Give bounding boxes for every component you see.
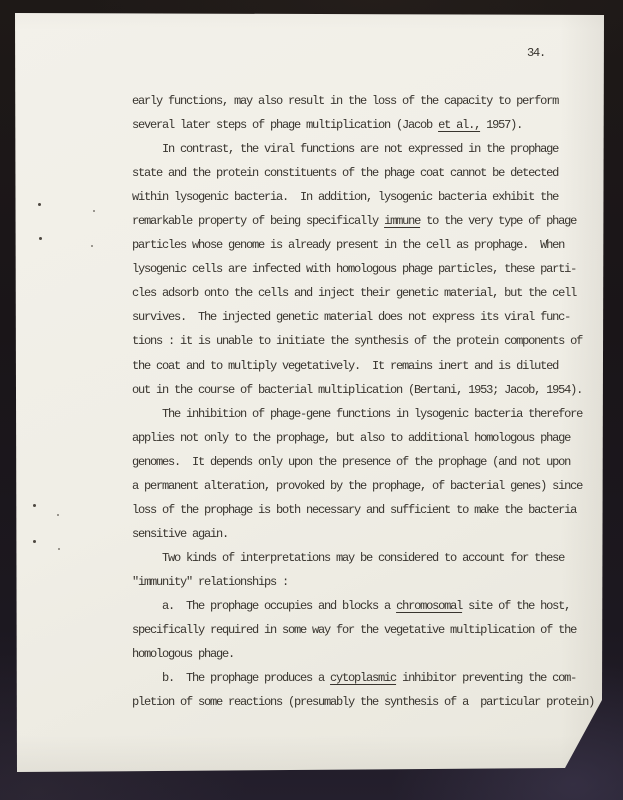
text-segment: Two kinds of interpretations may be cons…	[132, 551, 564, 565]
text-line: several later steps of phage multiplicat…	[132, 113, 594, 137]
text-segment: particles whose genome is already presen…	[132, 238, 564, 252]
page-number: 34.	[527, 46, 545, 60]
text-line: sensitive again.	[132, 522, 594, 546]
text-line: survives. The injected genetic material …	[132, 305, 594, 329]
text-segment: lysogenic cells are infected with homolo…	[132, 262, 576, 276]
paper-speck	[39, 237, 42, 240]
text-line: genomes. It depends only upon the presen…	[132, 450, 594, 474]
text-segment: to the very type of phage	[420, 214, 576, 228]
text-line: tions : it is unable to initiate the syn…	[132, 329, 594, 353]
text-line: a. The prophage occupies and blocks a ch…	[132, 594, 594, 618]
paper-speck	[57, 514, 59, 516]
text-segment: site of the host,	[462, 599, 570, 613]
text-segment: several later steps of phage multiplicat…	[132, 118, 438, 132]
text-line: applies not only to the prophage, but al…	[132, 426, 594, 450]
paper-speck	[58, 548, 60, 550]
text-segment: tions : it is unable to initiate the syn…	[132, 334, 582, 348]
text-line: within lysogenic bacteria. In addition, …	[132, 185, 594, 209]
underlined-term: et al.,	[438, 118, 480, 132]
paper-speck	[38, 203, 41, 206]
text-segment: homologous phage.	[132, 647, 234, 661]
text-segment: applies not only to the prophage, but al…	[132, 431, 570, 445]
photo-backdrop: 34. early functions, may also result in …	[0, 0, 623, 800]
text-line: early functions, may also result in the …	[132, 89, 594, 113]
underlined-term: chromosomal	[396, 599, 462, 613]
paper-speck	[91, 245, 93, 247]
text-line: The inhibition of phage-gene functions i…	[132, 402, 594, 426]
text-segment: genomes. It depends only upon the presen…	[132, 455, 570, 469]
document-text: early functions, may also result in the …	[132, 89, 594, 714]
text-line: state and the protein constituents of th…	[132, 161, 594, 185]
text-line: the coat and to multiply vegetatively. I…	[132, 354, 594, 378]
document-page: 34. early functions, may also result in …	[0, 0, 623, 800]
text-line: particles whose genome is already presen…	[132, 233, 594, 257]
text-line: out in the course of bacterial multiplic…	[132, 378, 594, 402]
text-segment: a permanent alteration, provoked by the …	[132, 479, 582, 493]
text-segment: inhibitor preventing the com-	[396, 671, 576, 685]
text-line: "immunity" relationships :	[132, 570, 594, 594]
text-line: remarkable property of being specificall…	[132, 209, 594, 233]
paper-speck	[33, 504, 36, 507]
text-line: cles adsorb onto the cells and inject th…	[132, 281, 594, 305]
text-line: homologous phage.	[132, 642, 594, 666]
text-segment: The inhibition of phage-gene functions i…	[132, 407, 582, 421]
text-segment: a. The prophage occupies and blocks a	[132, 599, 396, 613]
text-segment: In contrast, the viral functions are not…	[132, 142, 558, 156]
text-segment: early functions, may also result in the …	[132, 94, 558, 108]
text-segment: loss of the prophage is both necessary a…	[132, 503, 576, 517]
text-line: a permanent alteration, provoked by the …	[132, 474, 594, 498]
text-segment: b. The prophage produces a	[132, 671, 330, 685]
text-line: loss of the prophage is both necessary a…	[132, 498, 594, 522]
text-segment: 1957).	[480, 118, 522, 132]
text-segment: sensitive again.	[132, 527, 228, 541]
text-line: b. The prophage produces a cytoplasmic i…	[132, 666, 594, 690]
text-line: specifically required in some way for th…	[132, 618, 594, 642]
underlined-term: cytoplasmic	[330, 671, 396, 685]
text-segment: state and the protein constituents of th…	[132, 166, 558, 180]
text-line: In contrast, the viral functions are not…	[132, 137, 594, 161]
text-segment: specifically required in some way for th…	[132, 623, 576, 637]
text-segment: pletion of some reactions (presumably th…	[132, 695, 594, 709]
paper-speck	[33, 540, 36, 543]
text-segment: within lysogenic bacteria. In addition, …	[132, 190, 558, 204]
text-segment: out in the course of bacterial multiplic…	[132, 383, 582, 397]
text-segment: survives. The injected genetic material …	[132, 310, 570, 324]
text-segment: the coat and to multiply vegetatively. I…	[132, 359, 558, 373]
paper-speck	[93, 210, 95, 212]
text-segment: remarkable property of being specificall…	[132, 214, 384, 228]
text-line: pletion of some reactions (presumably th…	[132, 690, 594, 714]
underlined-term: immune	[384, 214, 420, 228]
text-segment: cles adsorb onto the cells and inject th…	[132, 286, 576, 300]
text-segment: "immunity" relationships :	[132, 575, 288, 589]
text-line: Two kinds of interpretations may be cons…	[132, 546, 594, 570]
text-line: lysogenic cells are infected with homolo…	[132, 257, 594, 281]
